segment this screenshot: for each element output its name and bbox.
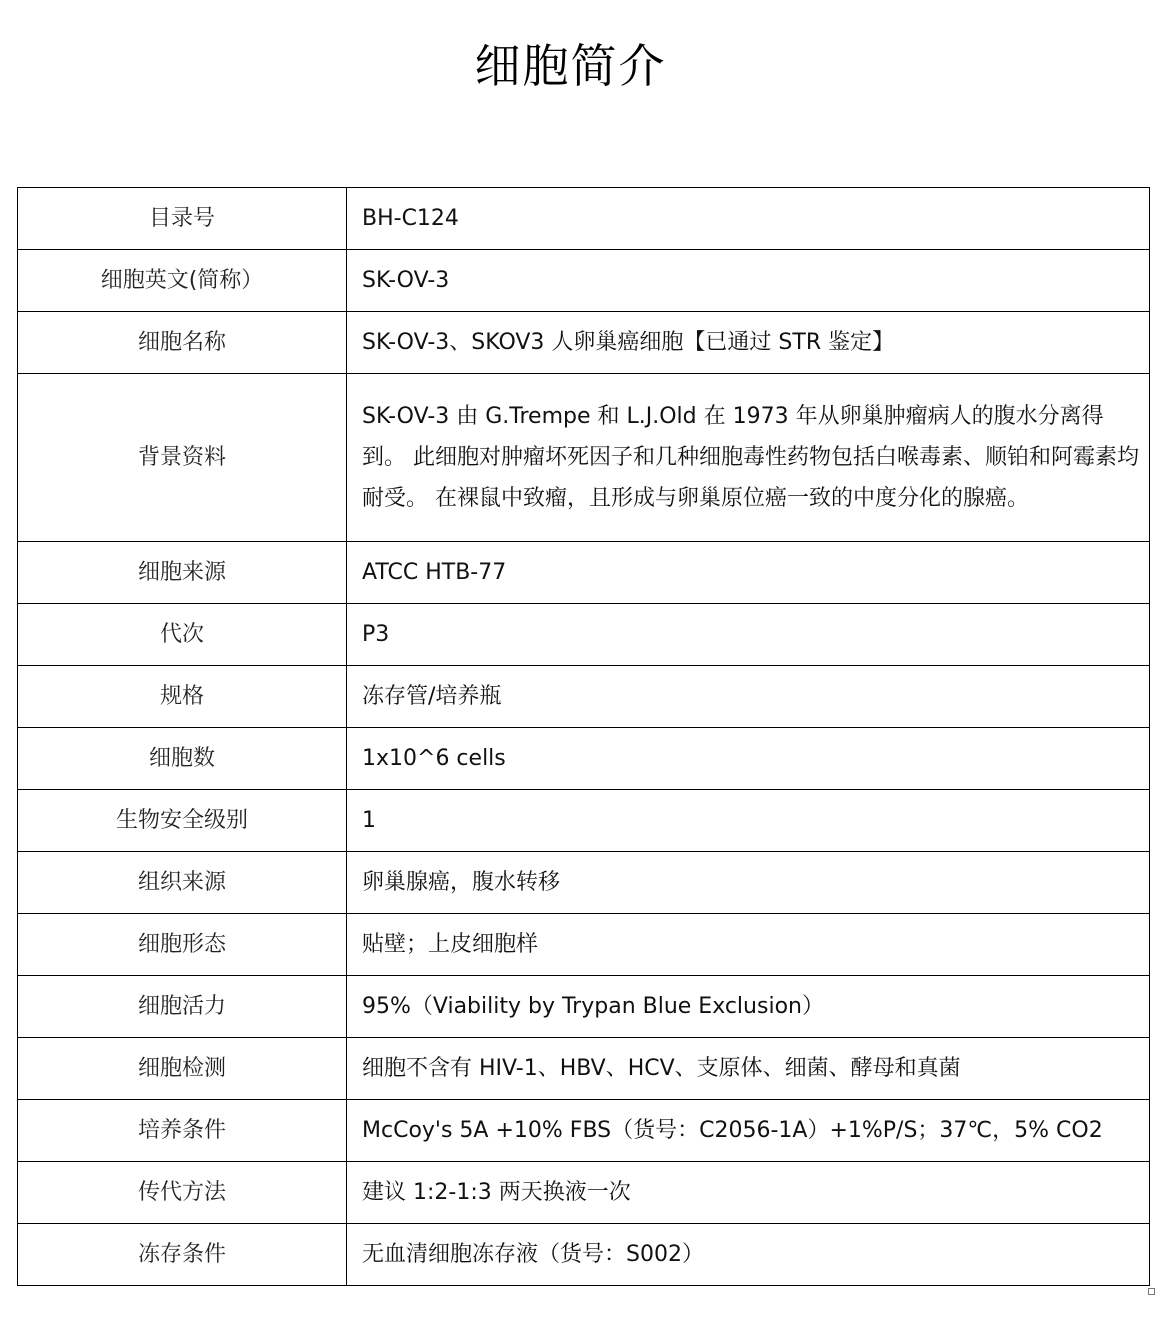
cell-info-table: 目录号 BH-C124 细胞英文(简称） SK-OV-3 细胞名称 SK-OV-… [17, 187, 1150, 1286]
table-row-cell-name: 细胞名称 SK-OV-3、SKOV3 人卵巢癌细胞【已通过 STR 鉴定】 [18, 312, 1150, 374]
row-value: 95%（Viability by Trypan Blue Exclusion） [347, 976, 1150, 1038]
row-label: 细胞名称 [18, 312, 347, 374]
row-value: 建议 1:2-1:3 两天换液一次 [347, 1162, 1150, 1224]
table-row-subculture-method: 传代方法 建议 1:2-1:3 两天换液一次 [18, 1162, 1150, 1224]
table-row-culture-conditions: 培养条件 McCoy's 5A +10% FBS（货号：C2056-1A）+1%… [18, 1100, 1150, 1162]
row-label: 细胞数 [18, 728, 347, 790]
row-value: BH-C124 [347, 188, 1150, 250]
row-label: 细胞活力 [18, 976, 347, 1038]
row-value: 无血清细胞冻存液（货号：S002） [347, 1224, 1150, 1286]
row-value: P3 [347, 604, 1150, 666]
row-value: SK-OV-3、SKOV3 人卵巢癌细胞【已通过 STR 鉴定】 [347, 312, 1150, 374]
row-label: 冻存条件 [18, 1224, 347, 1286]
table-row-morphology: 细胞形态 贴壁；上皮细胞样 [18, 914, 1150, 976]
table-row-viability: 细胞活力 95%（Viability by Trypan Blue Exclus… [18, 976, 1150, 1038]
table-row-specification: 规格 冻存管/培养瓶 [18, 666, 1150, 728]
row-label: 传代方法 [18, 1162, 347, 1224]
row-value: McCoy's 5A +10% FBS（货号：C2056-1A）+1%P/S；3… [347, 1100, 1150, 1162]
table-row-testing: 细胞检测 细胞不含有 HIV-1、HBV、HCV、支原体、细菌、酵母和真菌 [18, 1038, 1150, 1100]
row-value: 卵巢腺癌，腹水转移 [347, 852, 1150, 914]
row-label: 组织来源 [18, 852, 347, 914]
row-label: 细胞检测 [18, 1038, 347, 1100]
row-label: 细胞英文(简称） [18, 250, 347, 312]
table-row-cell-source: 细胞来源 ATCC HTB-77 [18, 542, 1150, 604]
row-label: 培养条件 [18, 1100, 347, 1162]
table-resize-handle [1148, 1288, 1155, 1295]
table-row-tissue-source: 组织来源 卵巢腺癌，腹水转移 [18, 852, 1150, 914]
row-value: 贴壁；上皮细胞样 [347, 914, 1150, 976]
row-label: 细胞来源 [18, 542, 347, 604]
table-row-catalog-number: 目录号 BH-C124 [18, 188, 1150, 250]
row-value: SK-OV-3 由 G.Trempe 和 L.J.Old 在 1973 年从卵巢… [347, 374, 1150, 542]
row-value: 冻存管/培养瓶 [347, 666, 1150, 728]
table-row-cell-count: 细胞数 1x10^6 cells [18, 728, 1150, 790]
row-label: 细胞形态 [18, 914, 347, 976]
row-value: ATCC HTB-77 [347, 542, 1150, 604]
row-label: 背景资料 [18, 374, 347, 542]
row-label: 目录号 [18, 188, 347, 250]
row-value: 1x10^6 cells [347, 728, 1150, 790]
row-value: SK-OV-3 [347, 250, 1150, 312]
page-title: 细胞简介 [0, 30, 1141, 96]
table-row-passage: 代次 P3 [18, 604, 1150, 666]
row-value: 1 [347, 790, 1150, 852]
row-label: 代次 [18, 604, 347, 666]
row-value: 细胞不含有 HIV-1、HBV、HCV、支原体、细菌、酵母和真菌 [347, 1038, 1150, 1100]
table-row-cell-abbreviation: 细胞英文(简称） SK-OV-3 [18, 250, 1150, 312]
table-row-biosafety-level: 生物安全级别 1 [18, 790, 1150, 852]
row-label: 规格 [18, 666, 347, 728]
table-row-cryopreservation: 冻存条件 无血清细胞冻存液（货号：S002） [18, 1224, 1150, 1286]
row-label: 生物安全级别 [18, 790, 347, 852]
table-row-background: 背景资料 SK-OV-3 由 G.Trempe 和 L.J.Old 在 1973… [18, 374, 1150, 542]
